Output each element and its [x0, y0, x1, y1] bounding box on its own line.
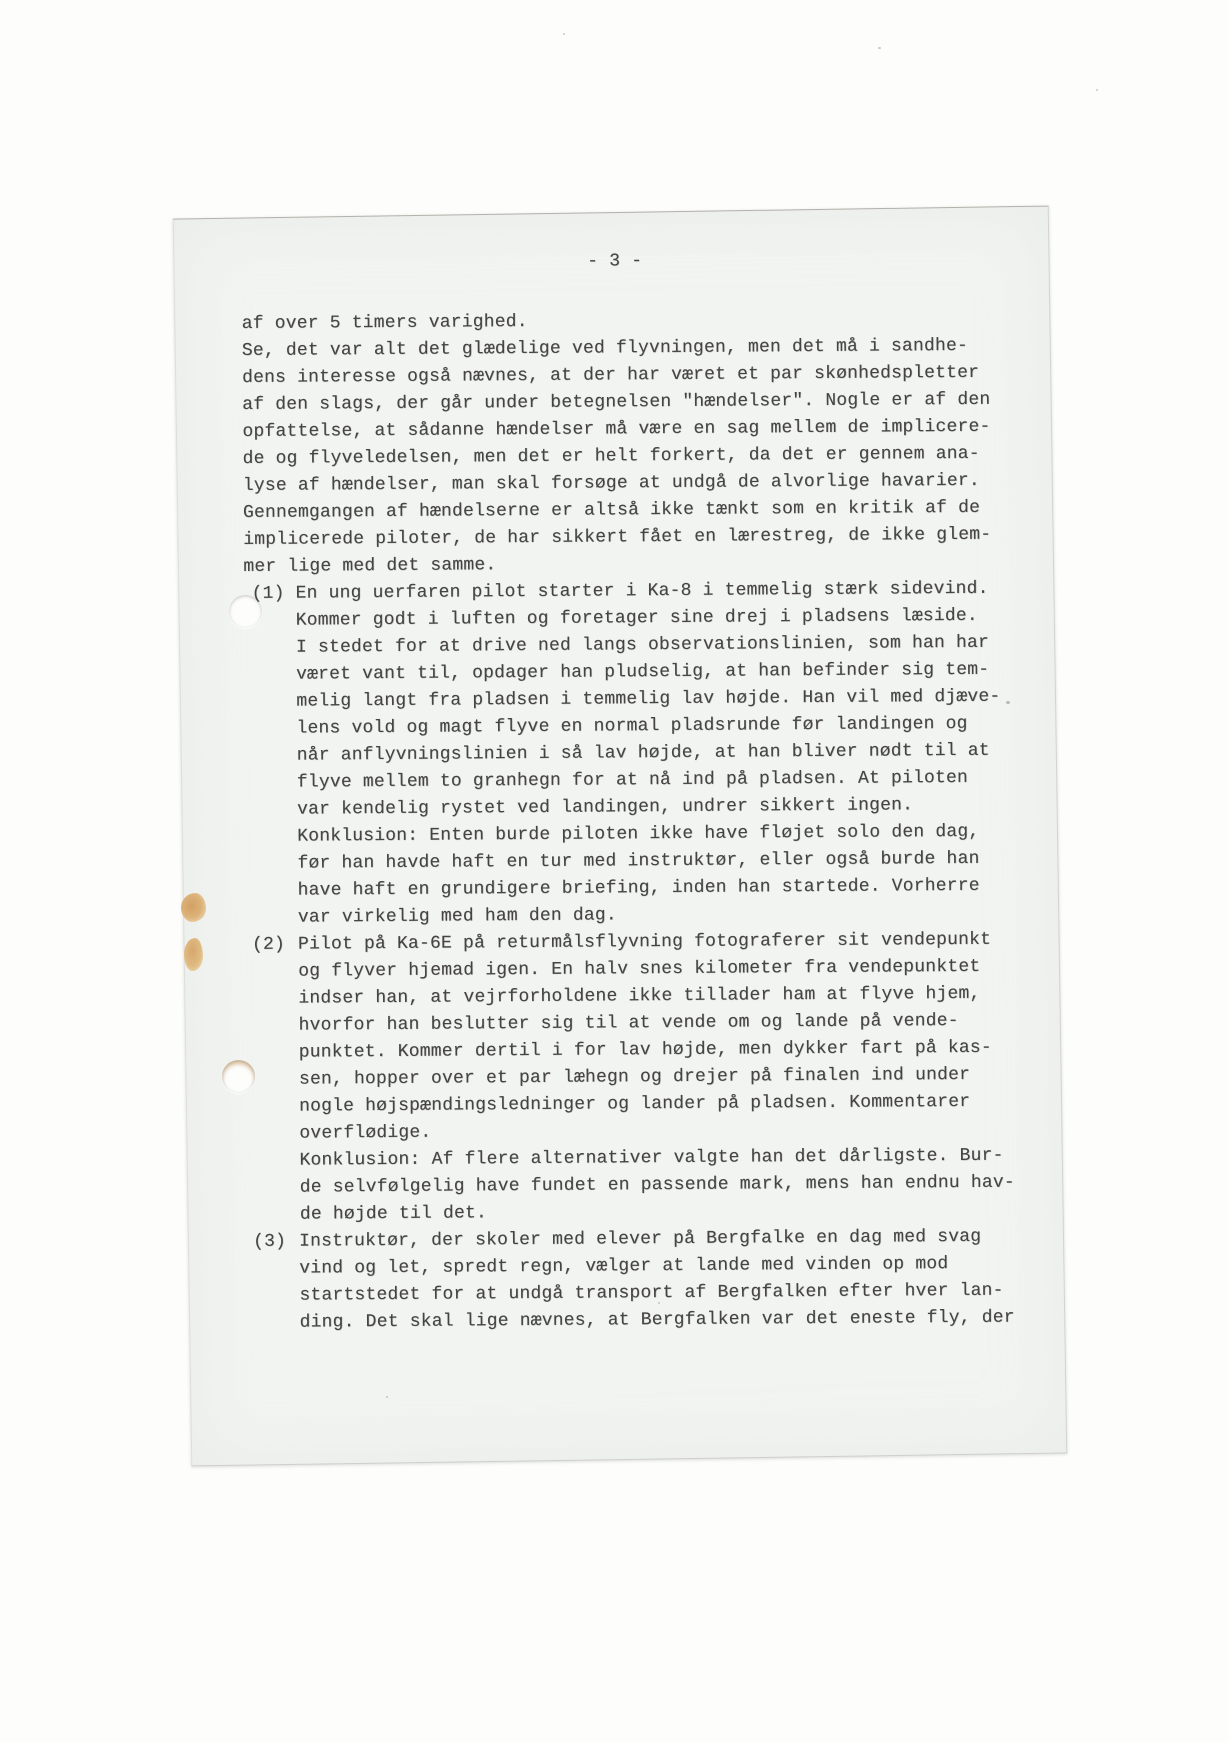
scan-speck	[563, 33, 565, 35]
scan-speck	[878, 47, 881, 49]
punch-hole	[229, 595, 262, 628]
punch-hole	[222, 1060, 255, 1093]
coffee-stain	[181, 893, 206, 922]
paper-sheet	[173, 206, 1067, 1467]
coffee-stain	[184, 938, 203, 971]
scan-speck	[386, 1396, 388, 1398]
scan-speck	[1006, 701, 1010, 704]
scanned-document: - 3 - af over 5 timers varighed. Se, det…	[0, 0, 1228, 1742]
scan-speck	[658, 1302, 660, 1304]
scan-speck	[1096, 89, 1098, 91]
